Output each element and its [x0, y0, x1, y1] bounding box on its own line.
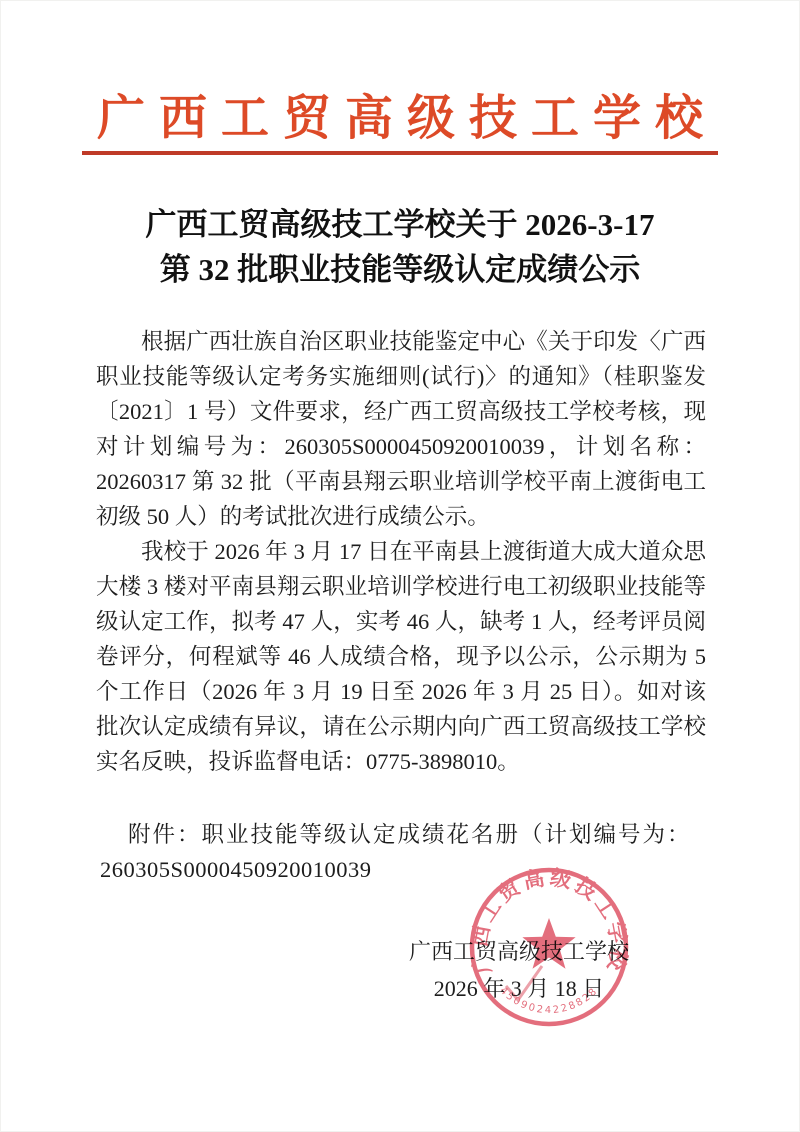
letterhead-school-name: 广西工贸高级技工学校 — [0, 92, 800, 146]
document-body: 根据广西壮族自治区职业技能鉴定中心《关于印发〈广西职业技能等级认定考务实施细则(… — [0, 324, 800, 887]
body-paragraph-basis: 根据广西壮族自治区职业技能鉴定中心《关于印发〈广西职业技能等级认定考务实施细则(… — [96, 324, 706, 534]
body-paragraph-results: 我校于 2026 年 3 月 17 日在平南县上渡街道大成大道众思大楼 3 楼对… — [96, 534, 706, 779]
document-title-line1: 广西工贸高级技工学校关于 2026-3-17 — [0, 202, 800, 247]
signature-org-name: 广西工贸高级技工学校 — [408, 933, 630, 970]
document-page: 广西工贸高级技工学校 广西工贸高级技工学校关于 2026-3-17 第 32 批… — [0, 0, 800, 1132]
signature-block: 广西工贸高级技工学校 2026 年 3 月 18 日 — [408, 933, 630, 1007]
document-title: 广西工贸高级技工学校关于 2026-3-17 第 32 批职业技能等级认定成绩公… — [0, 202, 800, 292]
letterhead: 广西工贸高级技工学校 — [0, 0, 800, 155]
signature-date: 2026 年 3 月 18 日 — [408, 970, 630, 1007]
letterhead-rule — [82, 151, 718, 155]
attachment-label: 附件：职业技能等级认定成绩花名册（计划编号为： — [96, 817, 706, 852]
document-title-line2: 第 32 批职业技能等级认定成绩公示 — [0, 247, 800, 292]
attachment-plan-number: 260305S0000450920010039 — [96, 852, 706, 887]
